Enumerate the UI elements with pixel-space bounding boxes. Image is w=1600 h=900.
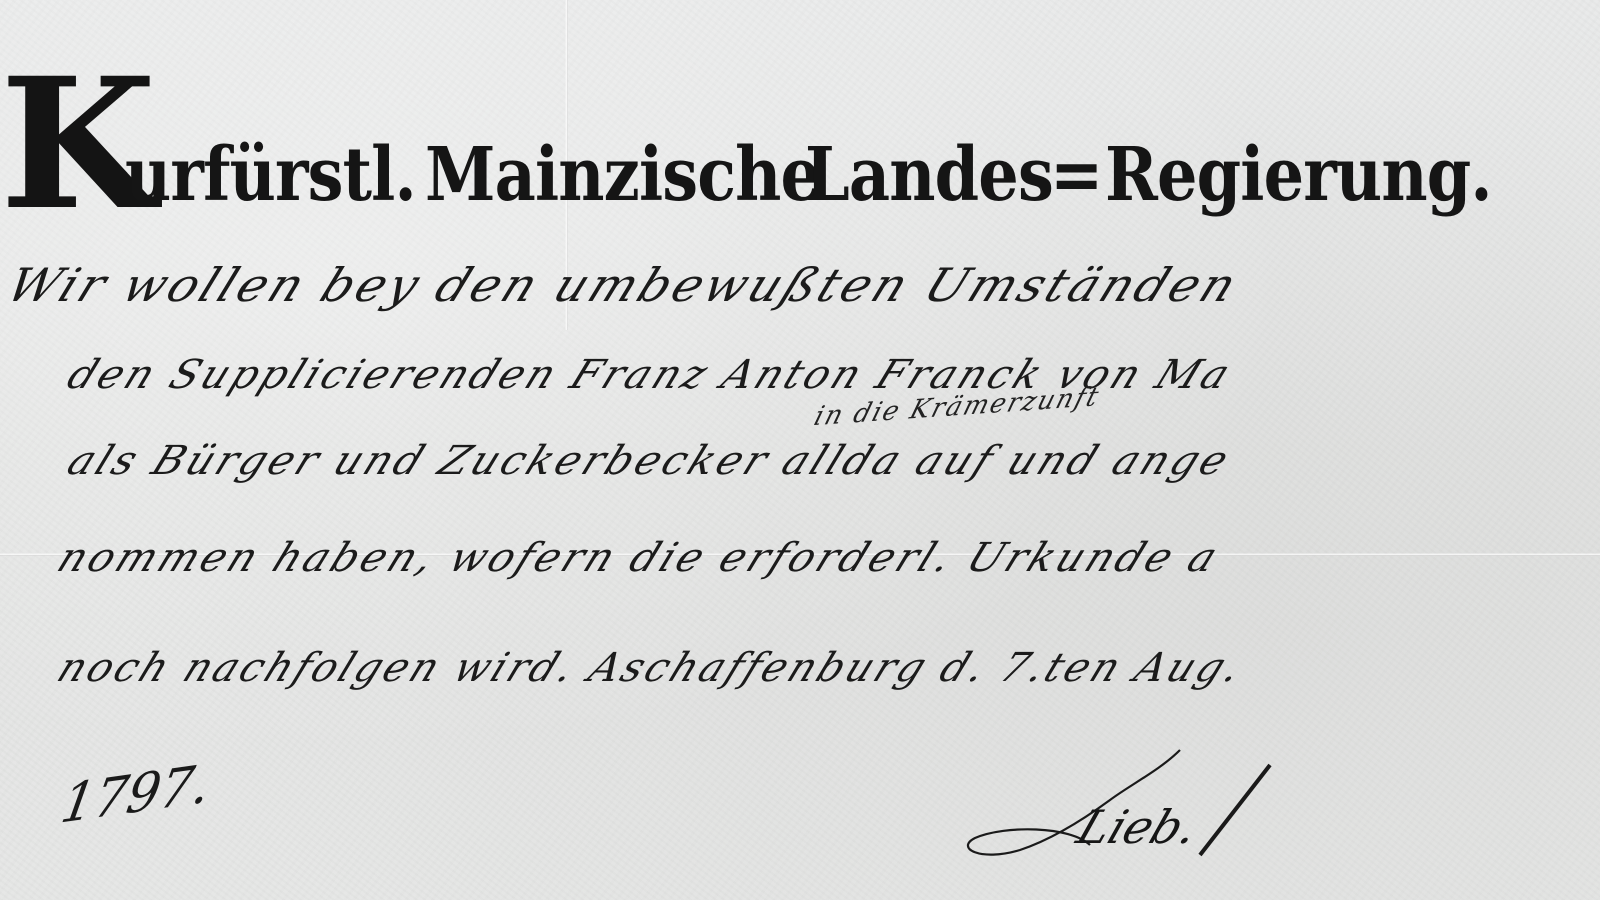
letterhead-word-kurfuerstl: urfürstl. [125, 130, 416, 220]
manuscript-line-5: noch nachfolgen wird. Aschaffenburg d. 7… [51, 645, 1251, 691]
manuscript-line-1: Wir wollen bey den umbewußten Umständen [0, 258, 1248, 312]
manuscript-signature: Lieb. [1070, 800, 1206, 854]
letterhead-word-regierung: Regierung. [1105, 130, 1492, 220]
manuscript-line-4: nommen haben, wofern die erforderl. Urku… [51, 535, 1227, 581]
manuscript-line-3: als Bürger und Zuckerbecker allda auf un… [61, 438, 1238, 484]
printed-letterhead: K urfürstl. Mainzische Landes = Regierun… [0, 60, 1600, 230]
letterhead-word-mainzische: Mainzische [425, 130, 820, 220]
letterhead-word-landes: Landes [805, 130, 1053, 220]
letterhead-separator: = [1050, 130, 1102, 220]
